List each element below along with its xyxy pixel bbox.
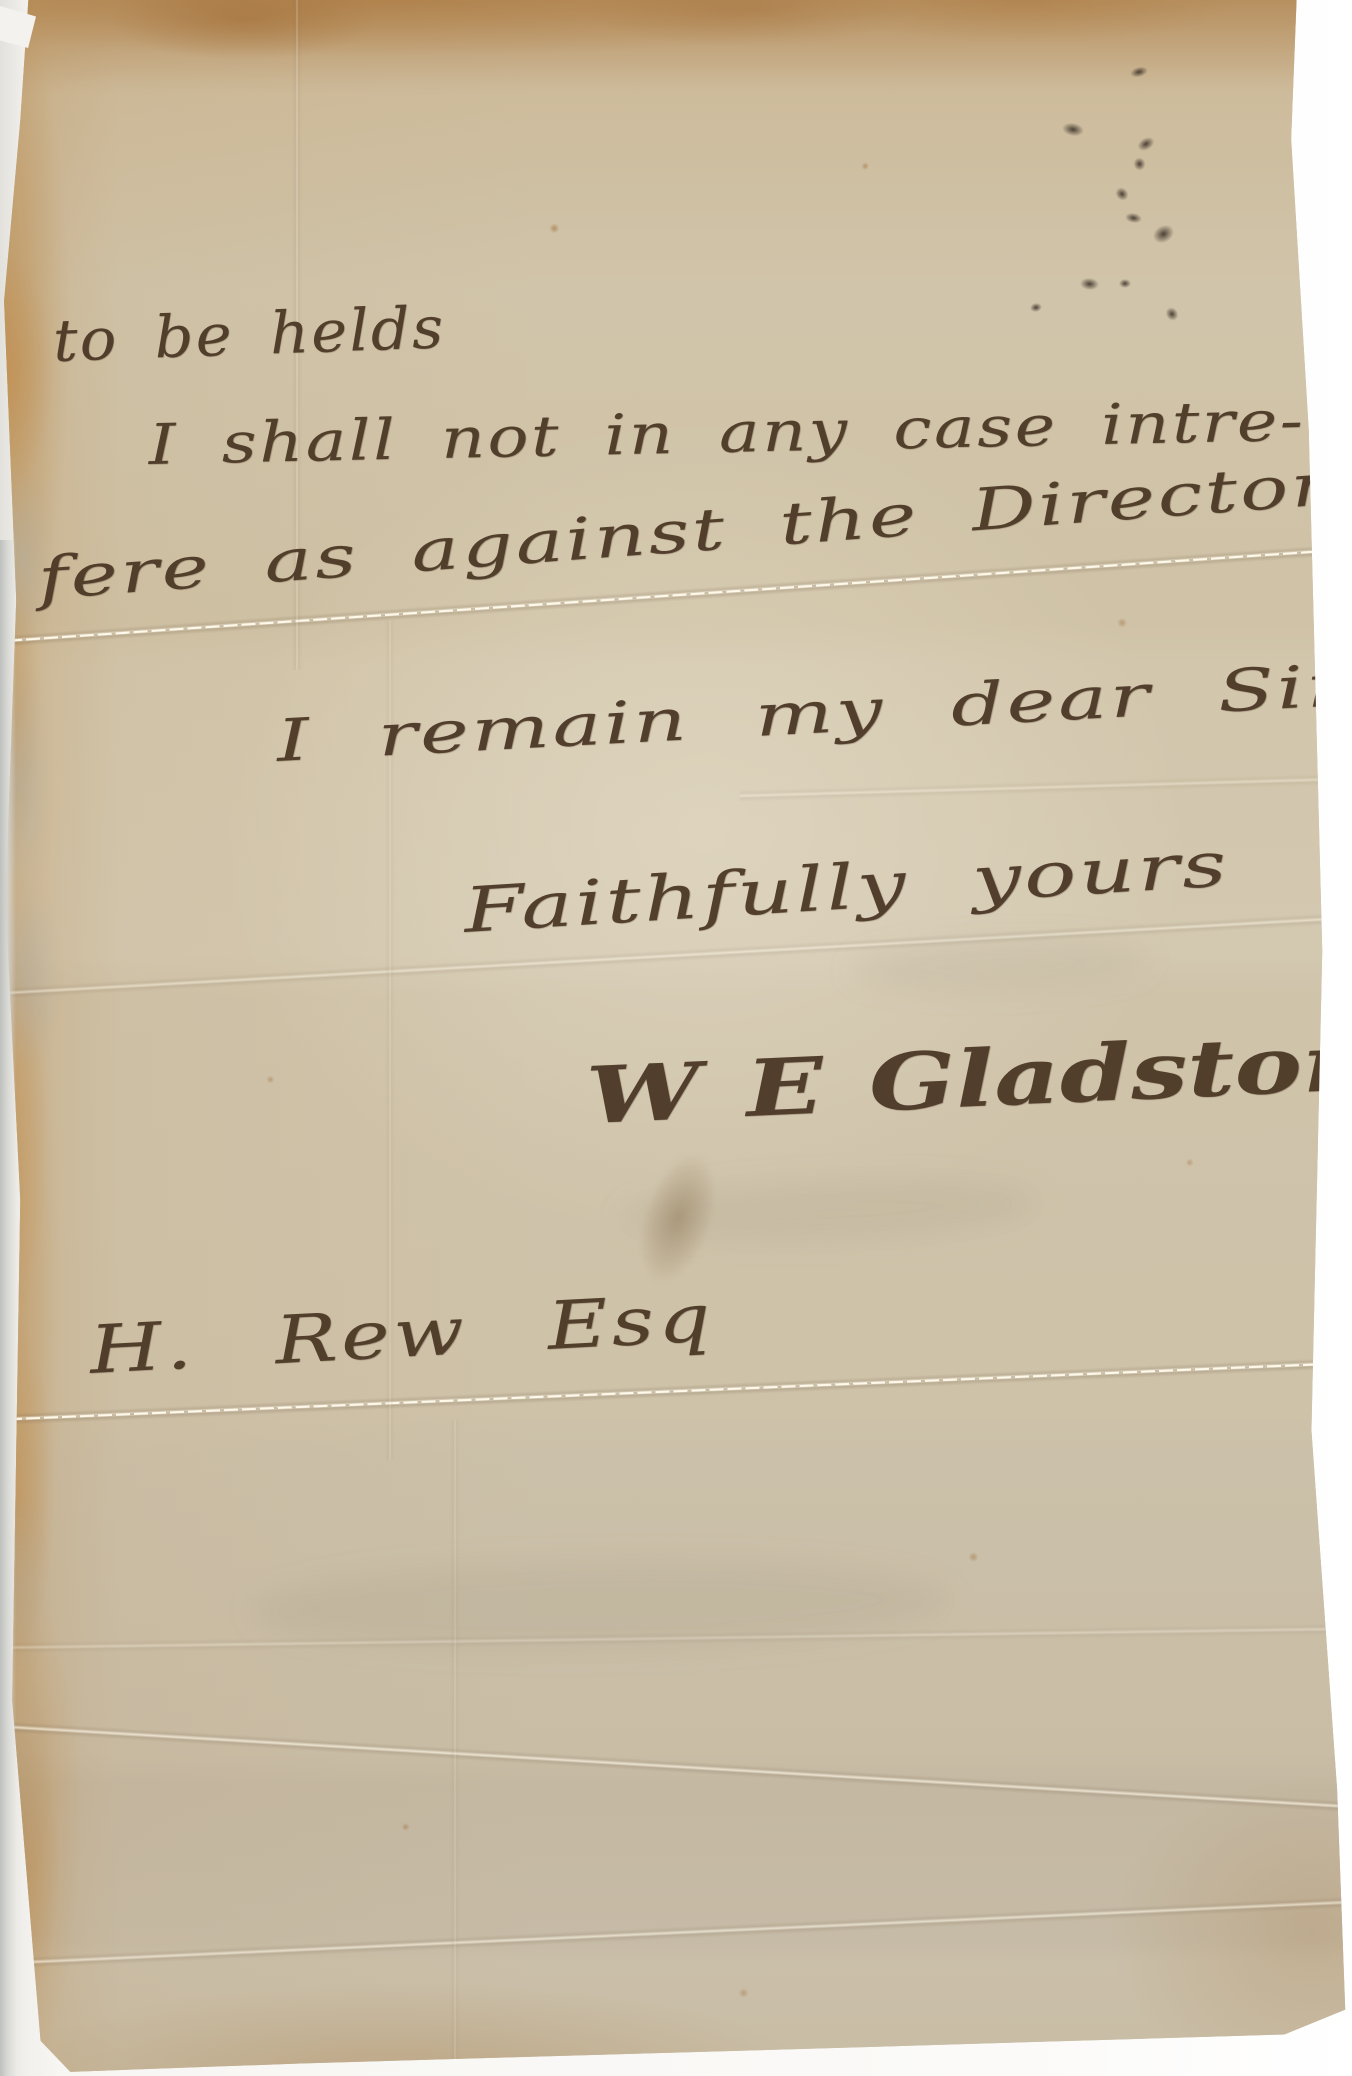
docket-line: to be helds bbox=[52, 298, 446, 370]
fold-crease bbox=[0, 1720, 1352, 1814]
scan-background: to be helds I shall not in any case intr… bbox=[0, 0, 1352, 2076]
scanner-edge-strip bbox=[0, 540, 16, 2076]
valediction-line-1: I remain my dear Sir bbox=[275, 656, 1350, 770]
fold-crease bbox=[0, 1895, 1352, 1970]
signature: W E Gladstone bbox=[585, 1021, 1352, 1136]
vertical-fold-crease bbox=[450, 1420, 460, 2076]
pinhole-marks bbox=[1020, 60, 1195, 335]
fold-crease bbox=[740, 772, 1352, 802]
addressee-line: H. Rew Esq bbox=[88, 1285, 716, 1384]
paper-sheet: to be helds I shall not in any case intr… bbox=[0, 0, 1352, 2076]
